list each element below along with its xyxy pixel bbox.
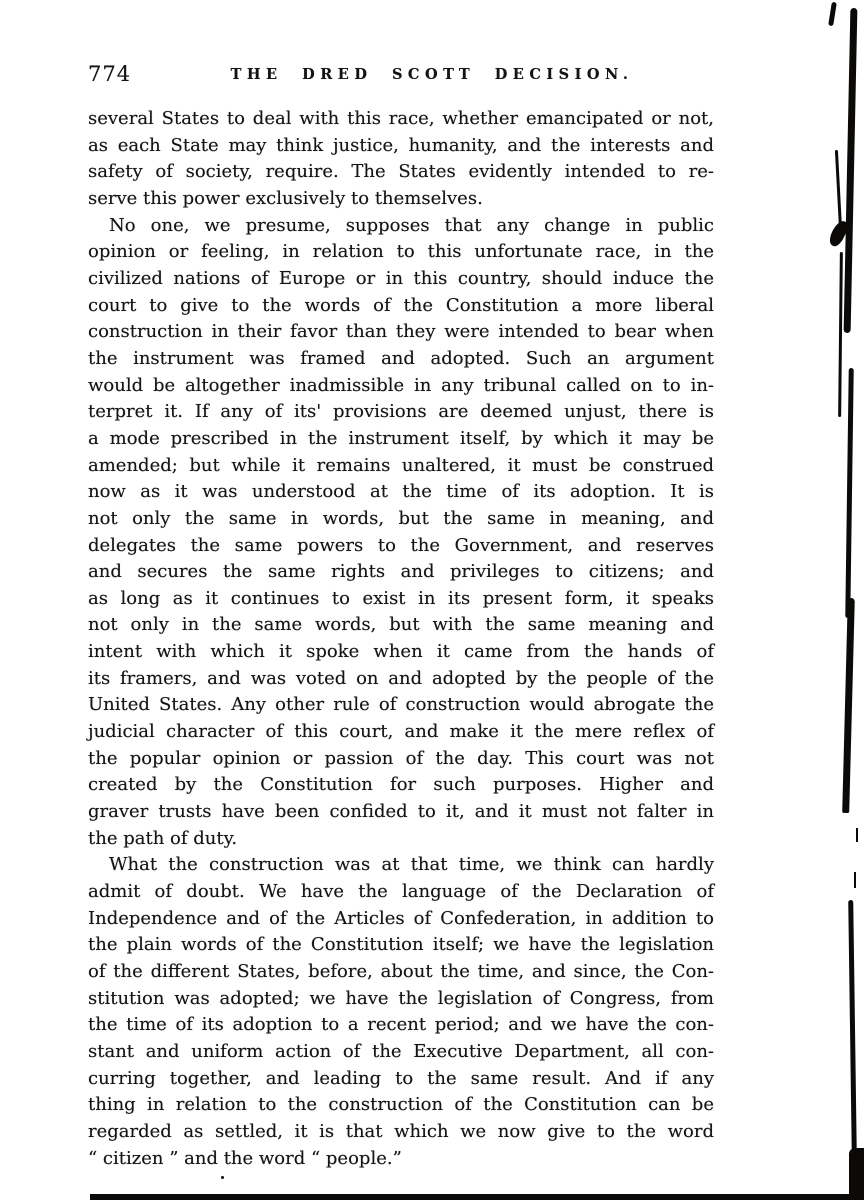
text-line: court to give to the words of the Consti…	[88, 293, 714, 320]
text-line: terpret it. If any of its' provisions ar…	[88, 399, 714, 426]
text-line: delegates the same powers to the Governm…	[88, 533, 714, 560]
text-line: created by the Constitution for such pur…	[88, 772, 714, 799]
text-line: graver trusts have been confided to it, …	[88, 799, 714, 826]
text-line: now as it was understood at the time of …	[88, 479, 714, 506]
text-line: United States. Any other rule of constru…	[88, 692, 714, 719]
text-line: civilized nations of Europe or in this c…	[88, 266, 714, 293]
text-line: its framers, and was voted on and adopte…	[88, 666, 714, 693]
text-line: not only the same in words, but the same…	[88, 506, 714, 533]
text-line: of the different States, before, about t…	[88, 959, 714, 986]
text-line: as each State may think justice, humanit…	[88, 133, 714, 160]
scan-artifact-corner-blob	[849, 1148, 864, 1200]
scan-artifact-tick	[854, 872, 856, 888]
scan-artifact-streak	[835, 150, 842, 230]
text-line: several States to deal with this race, w…	[88, 106, 714, 133]
text-line: stant and uniform action of the Executiv…	[88, 1039, 714, 1066]
text-line: admit of doubt. We have the language of …	[88, 879, 714, 906]
text-line: the instrument was framed and adopted. S…	[88, 346, 714, 373]
scan-artifact-streak	[844, 8, 858, 333]
running-header-title: THE DRED SCOTT DECISION.	[60, 66, 804, 83]
text-line: Independence and of the Articles of Conf…	[88, 906, 714, 933]
paragraph: several States to deal with this race, w…	[88, 106, 714, 213]
text-line: the popular opinion or passion of the da…	[88, 746, 714, 773]
text-line: amended; but while it remains unaltered,…	[88, 453, 714, 480]
text-line: No one, we presume, supposes that any ch…	[88, 213, 714, 240]
text-line: curring together, and leading to the sam…	[88, 1066, 714, 1093]
scan-artifact-streak	[842, 598, 855, 813]
paragraph: What the construction was at that time, …	[88, 852, 714, 1172]
text-line: intent with which it spoke when it came …	[88, 639, 714, 666]
text-line: would be altogether inadmissible in any …	[88, 373, 714, 400]
text-line: thing in relation to the construction of…	[88, 1092, 714, 1119]
text-line: the plain words of the Constitution itse…	[88, 932, 714, 959]
text-line: regarded as settled, it is that which we…	[88, 1119, 714, 1146]
book-page: 774 THE DRED SCOTT DECISION. several Sta…	[0, 0, 864, 1200]
text-line: the time of its adoption to a recent per…	[88, 1012, 714, 1039]
text-line: What the construction was at that time, …	[88, 852, 714, 879]
body-text: several States to deal with this race, w…	[88, 106, 714, 1172]
text-line: as long as it continues to exist in its …	[88, 586, 714, 613]
scan-artifact-top-hook	[828, 2, 837, 26]
text-line: opinion or feeling, in relation to this …	[88, 239, 714, 266]
scan-artifact-streak	[838, 252, 843, 417]
text-line: “ citizen ” and the word “ people.”	[88, 1146, 714, 1173]
text-line: a mode prescribed in the instrument itse…	[88, 426, 714, 453]
text-line: safety of society, require. The States e…	[88, 159, 714, 186]
scan-artifact-streak	[848, 900, 857, 1155]
scan-artifact-tick	[856, 828, 858, 842]
scan-artifact-streak	[845, 368, 853, 618]
text-line: serve this power exclusively to themselv…	[88, 186, 714, 213]
text-line: and secures the same rights and privileg…	[88, 559, 714, 586]
scan-artifact-dot	[221, 1176, 224, 1179]
text-line: construction in their favor than they we…	[88, 319, 714, 346]
text-line: the path of duty.	[88, 826, 714, 853]
paragraph: No one, we presume, supposes that any ch…	[88, 213, 714, 853]
text-line: stitution was adopted; we have the legis…	[88, 986, 714, 1013]
text-line: not only in the same words, but with the…	[88, 612, 714, 639]
page-edge-shadow	[90, 1194, 864, 1200]
text-line: judicial character of this court, and ma…	[88, 719, 714, 746]
